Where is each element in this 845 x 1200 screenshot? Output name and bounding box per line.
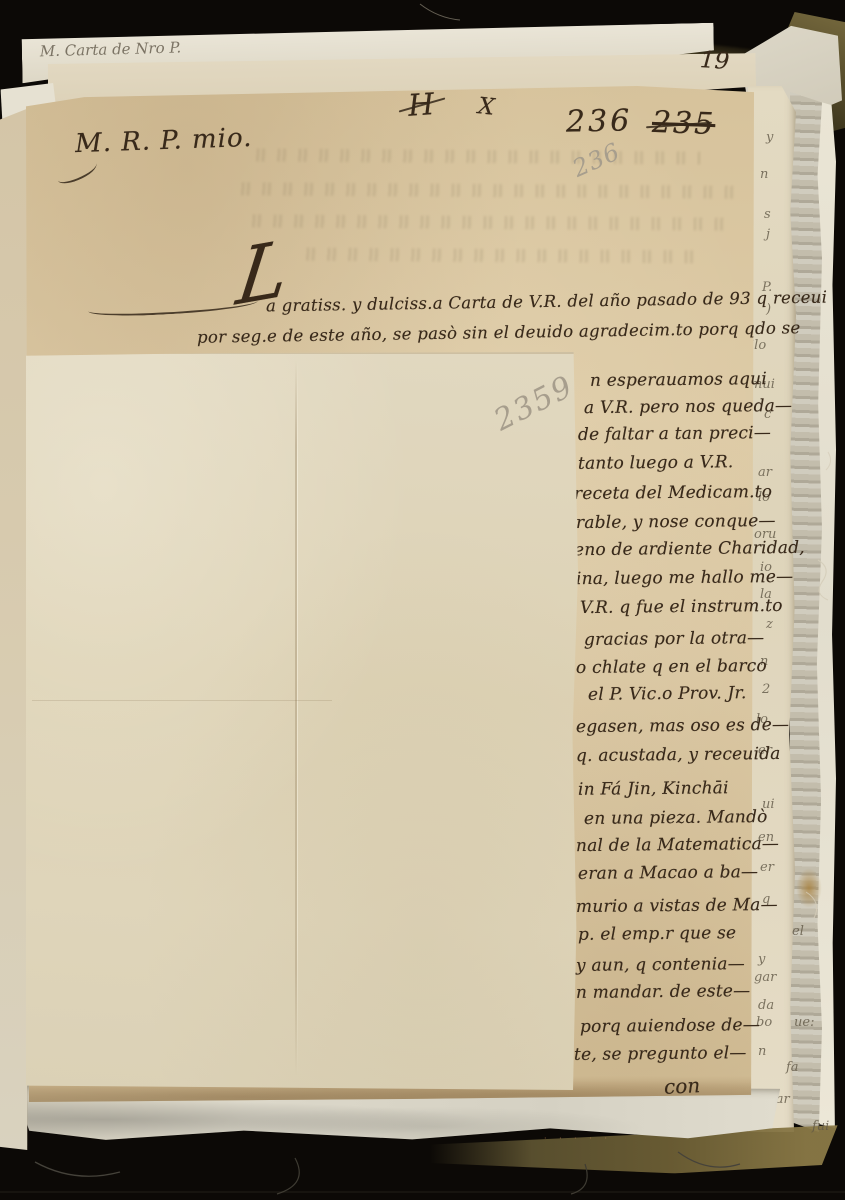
- margin-text-fragment: y: [758, 952, 765, 967]
- catchword: con: [663, 1073, 700, 1099]
- margin-text-fragment: gar: [754, 970, 776, 985]
- margin-text-fragment: ui: [762, 797, 775, 812]
- margin-text-fragment: ue:: [794, 1015, 814, 1030]
- bleedthrough-text: [300, 248, 700, 264]
- margin-text-fragment: io: [760, 560, 772, 575]
- margin-text-fragment: P.: [762, 280, 772, 295]
- margin-text-fragment: y: [766, 130, 773, 145]
- margin-text-fragment: n: [758, 1044, 766, 1059]
- salutation: M. R. P. mio.: [75, 123, 253, 159]
- margin-text-fragment: q: [762, 892, 770, 907]
- edge-marks: · · · · ·: [544, 1134, 612, 1143]
- margin-text-fragment: n: [760, 167, 768, 182]
- margin-text-fragment: el: [792, 924, 804, 939]
- margin-text-fragment: en: [758, 830, 774, 845]
- margin-text-fragment: c: [764, 407, 771, 422]
- corner-number: 19: [699, 47, 730, 75]
- margin-text-fragment: er: [760, 860, 774, 875]
- margin-text-fragment: ar: [758, 465, 772, 480]
- underlying-page-left-edge: [0, 108, 29, 1150]
- margin-text-fragment: s: [764, 207, 771, 222]
- check-mark: X: [477, 93, 496, 121]
- margin-text-fragment: mui: [750, 377, 775, 392]
- margin-text-fragment: 2: [762, 682, 770, 697]
- margin-text-fragment: ): [766, 302, 771, 317]
- margin-text-fragment: la: [760, 587, 772, 602]
- margin-text-fragment: z: [766, 617, 773, 632]
- vertical-crease-highlight: [297, 360, 298, 1076]
- margin-text-fragment: n: [760, 654, 768, 669]
- right-margin-fragments: ynsjP.)ilomuicarlooruiolazn2loeruienerqe…: [748, 86, 844, 1146]
- margin-text-fragment: fui: [812, 1119, 829, 1134]
- margin-text-fragment: fa: [786, 1060, 799, 1075]
- manuscript-photo: M. Carta de Nro P. 19 ynsjP.)ilomuicarlo…: [0, 0, 845, 1200]
- margin-text-fragment: oru: [754, 527, 776, 542]
- margin-text-fragment: da: [758, 998, 774, 1013]
- archive-number-pencil: 2359: [489, 369, 580, 438]
- table-edge-line: [0, 1191, 845, 1193]
- margin-text-fragment: bo: [756, 1015, 772, 1030]
- horizontal-crease: [32, 700, 332, 701]
- folio-number: 236: [566, 103, 633, 139]
- margin-text-fragment: er: [758, 743, 772, 758]
- margin-text-fragment: j: [766, 227, 770, 242]
- blank-overlay-sheet: 2359: [26, 352, 578, 1090]
- top-edge-label: M. Carta de Nro P.: [40, 38, 182, 60]
- margin-text-fragment: lo: [756, 712, 768, 727]
- margin-text-fragment: lo: [758, 490, 770, 505]
